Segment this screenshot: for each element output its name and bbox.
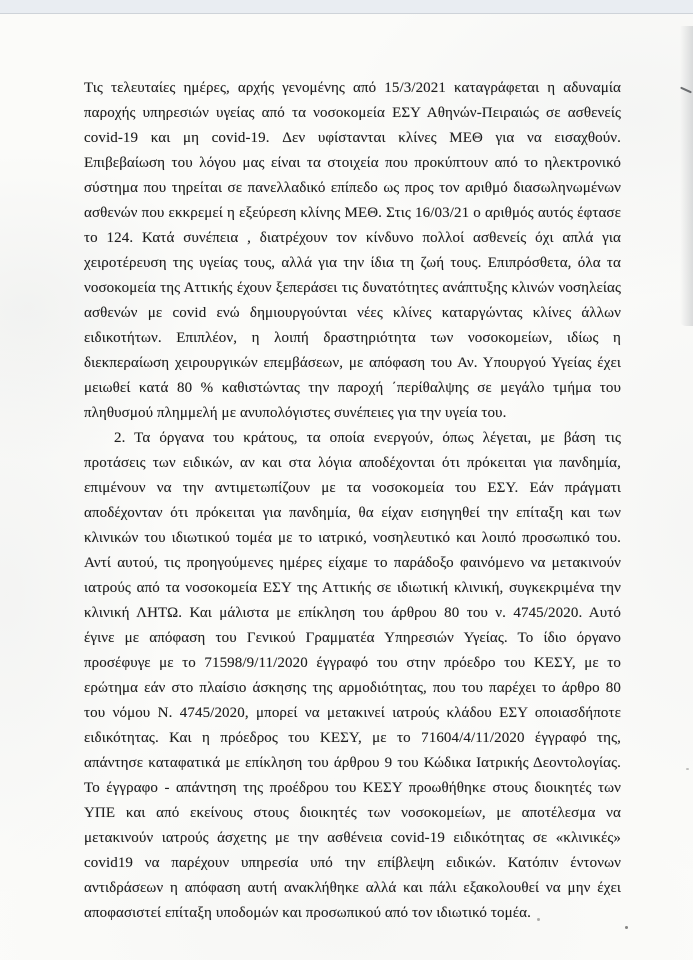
- text-line: Τις τελευταίες ημέρες, αρχής γενομένης α…: [84, 76, 621, 101]
- text-line: προτάσεις των ειδικών, αν και στα λόγια …: [84, 451, 621, 476]
- text-line: σύστημα που τηρείται σε πανελλαδικό επίπ…: [84, 176, 621, 201]
- text-line: Αντί αυτού, τις προηγούμενες ημέρες είχα…: [84, 551, 621, 576]
- text-line: 2. Τα όργανα του κράτους, τα οποία ενεργ…: [84, 426, 621, 451]
- text-line: αποφασιστεί επίταξη υποδομών και προσωπι…: [84, 901, 621, 926]
- scan-top-band: [0, 0, 693, 14]
- text-line: ασθενών με covid ενώ δημιουργούνται νέες…: [84, 301, 621, 326]
- document-text: Τις τελευταίες ημέρες, αρχής γενομένης α…: [84, 76, 621, 926]
- text-line: ερώτημα εάν στο πλαίσιο άσκησης της αρμο…: [84, 676, 621, 701]
- text-line: Το έγγραφο - απάντηση της προέδρου του Κ…: [84, 776, 621, 801]
- text-line: έγινε με απόφαση του Γενικού Γραμματέα Υ…: [84, 626, 621, 651]
- text-line: απάντησε καταφατικά με επίκληση του άρθρ…: [84, 751, 621, 776]
- text-line: αποδέχονταν ότι πρόκειται για πανδημία, …: [84, 501, 621, 526]
- text-line: μειωθεί κατά 80 % καθιστώντας την παροχή…: [84, 376, 621, 401]
- text-line: πληθυσμού πλημμελή με ανυπολόγιστες συνέ…: [84, 401, 621, 426]
- text-line: του νόμου Ν. 4745/2020, μπορεί να μετακι…: [84, 701, 621, 726]
- text-line: Επιβεβαίωση του λόγου μας είναι τα στοιχ…: [84, 151, 621, 176]
- text-line: διεκπεραίωση χειρουργικών επεμβάσεων, με…: [84, 351, 621, 376]
- scan-speck: [625, 926, 628, 929]
- paragraph: Τις τελευταίες ημέρες, αρχής γενομένης α…: [84, 76, 621, 426]
- text-line: covid19 να παρέχουν υπηρεσία υπό την επί…: [84, 851, 621, 876]
- scan-speck: [686, 768, 689, 770]
- text-line: covid-19 και μη covid-19. Δεν υφίστανται…: [84, 126, 621, 151]
- paragraph: 2. Τα όργανα του κράτους, τα οποία ενεργ…: [84, 426, 621, 926]
- scanned-page: Τις τελευταίες ημέρες, αρχής γενομένης α…: [0, 0, 693, 960]
- text-line: κλινικών του ιδιωτικού τομέα με το ιατρι…: [84, 526, 621, 551]
- text-line: κλινική ΛΗΤΩ. Και μάλιστα με επίκληση το…: [84, 601, 621, 626]
- scan-speck: [537, 918, 540, 921]
- text-line: ασθενών που εκκρεμεί η εξεύρεση κλίνης Μ…: [84, 201, 621, 226]
- text-line: ΥΠΕ και από εκείνους στους διοικητές των…: [84, 801, 621, 826]
- text-line: προσέφυγε με το 71598/9/11/2020 έγγραφό …: [84, 651, 621, 676]
- text-line: το 124. Κατά συνέπεια , διατρέχουν τον κ…: [84, 226, 621, 251]
- text-line: παροχής υπηρεσιών υγείας από τα νοσοκομε…: [84, 101, 621, 126]
- page-edge-shadow: [680, 26, 693, 326]
- text-line: αντιδράσεων η απόφαση αυτή ανακλήθηκε αλ…: [84, 876, 621, 901]
- text-line: ιατρούς από τα νοσοκομεία ΕΣΥ της Αττική…: [84, 576, 621, 601]
- text-line: επιμένουν να την αντιμετωπίζουν με τα νο…: [84, 476, 621, 501]
- text-line: ειδικότητας. Και η πρόεδρος του ΚΕΣΥ, με…: [84, 726, 621, 751]
- text-line: ειδικοτήτων. Επιπλέον, η λοιπή δραστηριό…: [84, 326, 621, 351]
- text-line: μετακινούν ιατρούς άσχετης με την ασθένε…: [84, 826, 621, 851]
- text-line: χειροτέρευση της υγείας τους, αλλά για τ…: [84, 251, 621, 276]
- text-line: νοσοκομεία της Αττικής έχουν ξεπεράσει τ…: [84, 276, 621, 301]
